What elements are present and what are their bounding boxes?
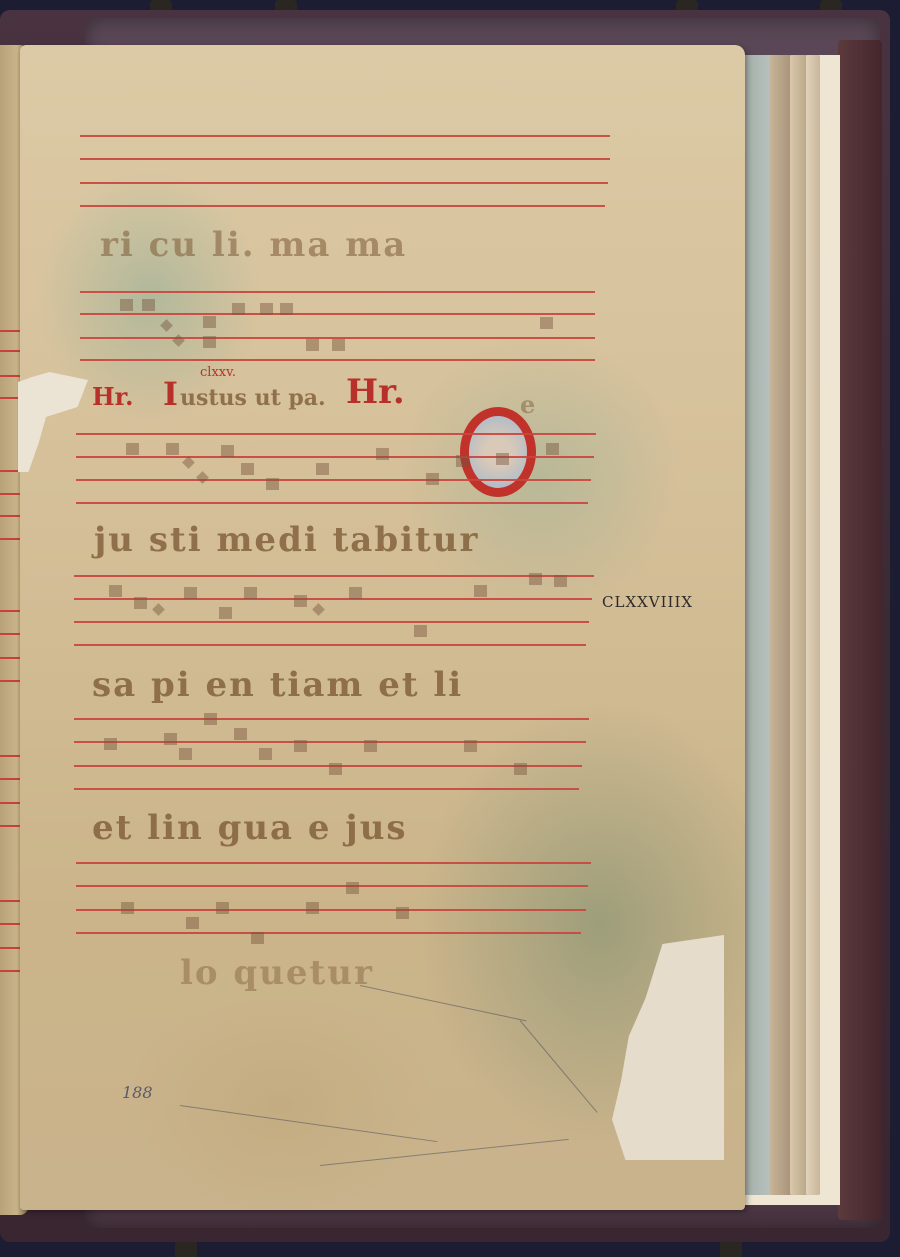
- binding-clasp: [720, 1240, 742, 1257]
- lyric-line: et lin gua e jus: [92, 808, 408, 848]
- page-stack-leaf: [770, 55, 792, 1195]
- lyric-line: sa pi en tiam et li: [92, 665, 463, 705]
- lyric-line: ju sti medi tabitur: [94, 520, 479, 560]
- initial-following-text: e: [520, 390, 537, 419]
- decorated-initial-O: O: [460, 407, 536, 497]
- folio-numeral: CLXXVIIIX: [602, 593, 693, 611]
- incipit-text: ustus ut pa.: [180, 385, 326, 411]
- page-stack-leaf: [806, 55, 820, 1195]
- page-number: 188: [122, 1083, 153, 1102]
- lyric-line: lo quetur: [180, 953, 374, 993]
- binding-edge: [838, 40, 882, 1220]
- binding-clasp: [175, 1240, 197, 1257]
- incipit-initial: I: [163, 375, 178, 413]
- rubric-prefix: Hr.: [92, 382, 133, 411]
- rubric-numeral: clxxv.: [200, 365, 236, 380]
- rubric-marker: Hr.: [346, 372, 405, 412]
- lyric-line: ri cu li. ma ma: [100, 225, 407, 265]
